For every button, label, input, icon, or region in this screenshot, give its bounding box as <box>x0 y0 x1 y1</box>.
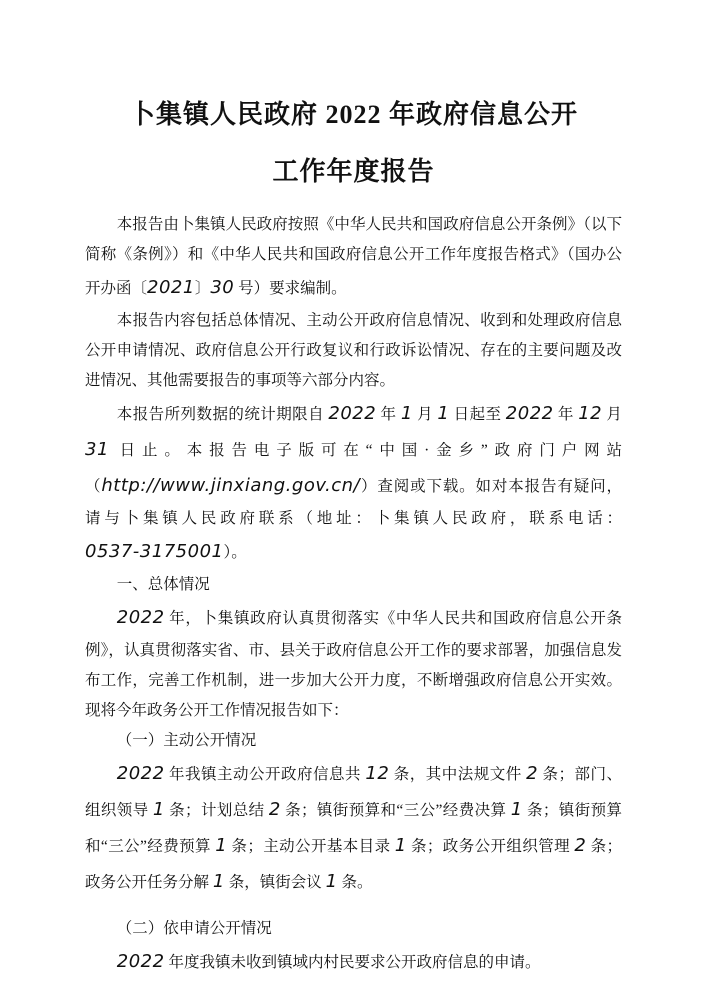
handwritten-text: 2022 <box>506 403 554 424</box>
handwritten-text: 30 <box>210 277 234 298</box>
handwritten-text: 2022 <box>117 763 165 784</box>
document-page: 卜集镇人民政府 2022 年政府信息公开 工作年度报告 本报告由卜集镇人民政府按… <box>0 0 707 999</box>
handwritten-text: 1 <box>437 403 449 424</box>
handwritten-text: http://www.jinxiang.gov.cn/ <box>101 475 360 496</box>
handwritten-text: 2022 <box>328 403 376 424</box>
handwritten-text: 1 <box>511 799 523 820</box>
heading-overall-situation: 一、总体情况 <box>85 570 622 600</box>
handwritten-text: 1 <box>326 871 338 892</box>
paragraph-proactive-disclosure: 2022 年我镇主动公开政府信息共 12 条，其中法规文件 2 条；部门、组织领… <box>85 756 622 900</box>
handwritten-text: 2022 <box>117 607 165 628</box>
handwritten-text: 0537-3175001 <box>85 541 223 562</box>
handwritten-text: 1 <box>401 403 413 424</box>
handwritten-text: 2022 <box>117 951 165 972</box>
heading-disclosure-upon-request: （二）依申请公开情况 <box>85 914 622 944</box>
paragraph-disclosure-upon-request: 2022 年度我镇未收到镇域内村民要求公开政府信息的申请。 <box>85 944 622 980</box>
paragraph-report-contents: 本报告内容包括总体情况、主动公开政府信息情况、收到和处理政府信息公开申请情况、政… <box>85 306 622 396</box>
handwritten-text: 1 <box>395 835 407 856</box>
handwritten-text: 2021 <box>147 277 195 298</box>
handwritten-text: 1 <box>215 835 227 856</box>
document-title-line2: 工作年度报告 <box>85 143 622 200</box>
handwritten-text: 2 <box>526 763 538 784</box>
handwritten-text: 12 <box>578 403 602 424</box>
handwritten-text: 1 <box>213 871 225 892</box>
handwritten-text: 1 <box>153 799 165 820</box>
heading-proactive-disclosure: （一）主动公开情况 <box>85 726 622 756</box>
document-title: 卜集镇人民政府 2022 年政府信息公开 工作年度报告 <box>85 86 622 200</box>
paragraph-preparation-basis: 本报告由卜集镇人民政府按照《中华人民共和国政府信息公开条例》（以下简称《条例》）… <box>85 210 622 306</box>
handwritten-text: 2 <box>269 799 281 820</box>
paragraph-statistics-period-contact: 本报告所列数据的统计期限自 2022 年 1 月 1 日起至 2022 年 12… <box>85 396 622 570</box>
document-title-line1: 卜集镇人民政府 2022 年政府信息公开 <box>85 86 622 143</box>
paragraph-overall-situation: 2022 年，卜集镇政府认真贯彻落实《中华人民共和国政府信息公开条例》，认真贯彻… <box>85 600 622 726</box>
handwritten-text: 2 <box>574 835 586 856</box>
handwritten-text: 31 <box>85 439 109 460</box>
handwritten-text: 12 <box>365 763 389 784</box>
